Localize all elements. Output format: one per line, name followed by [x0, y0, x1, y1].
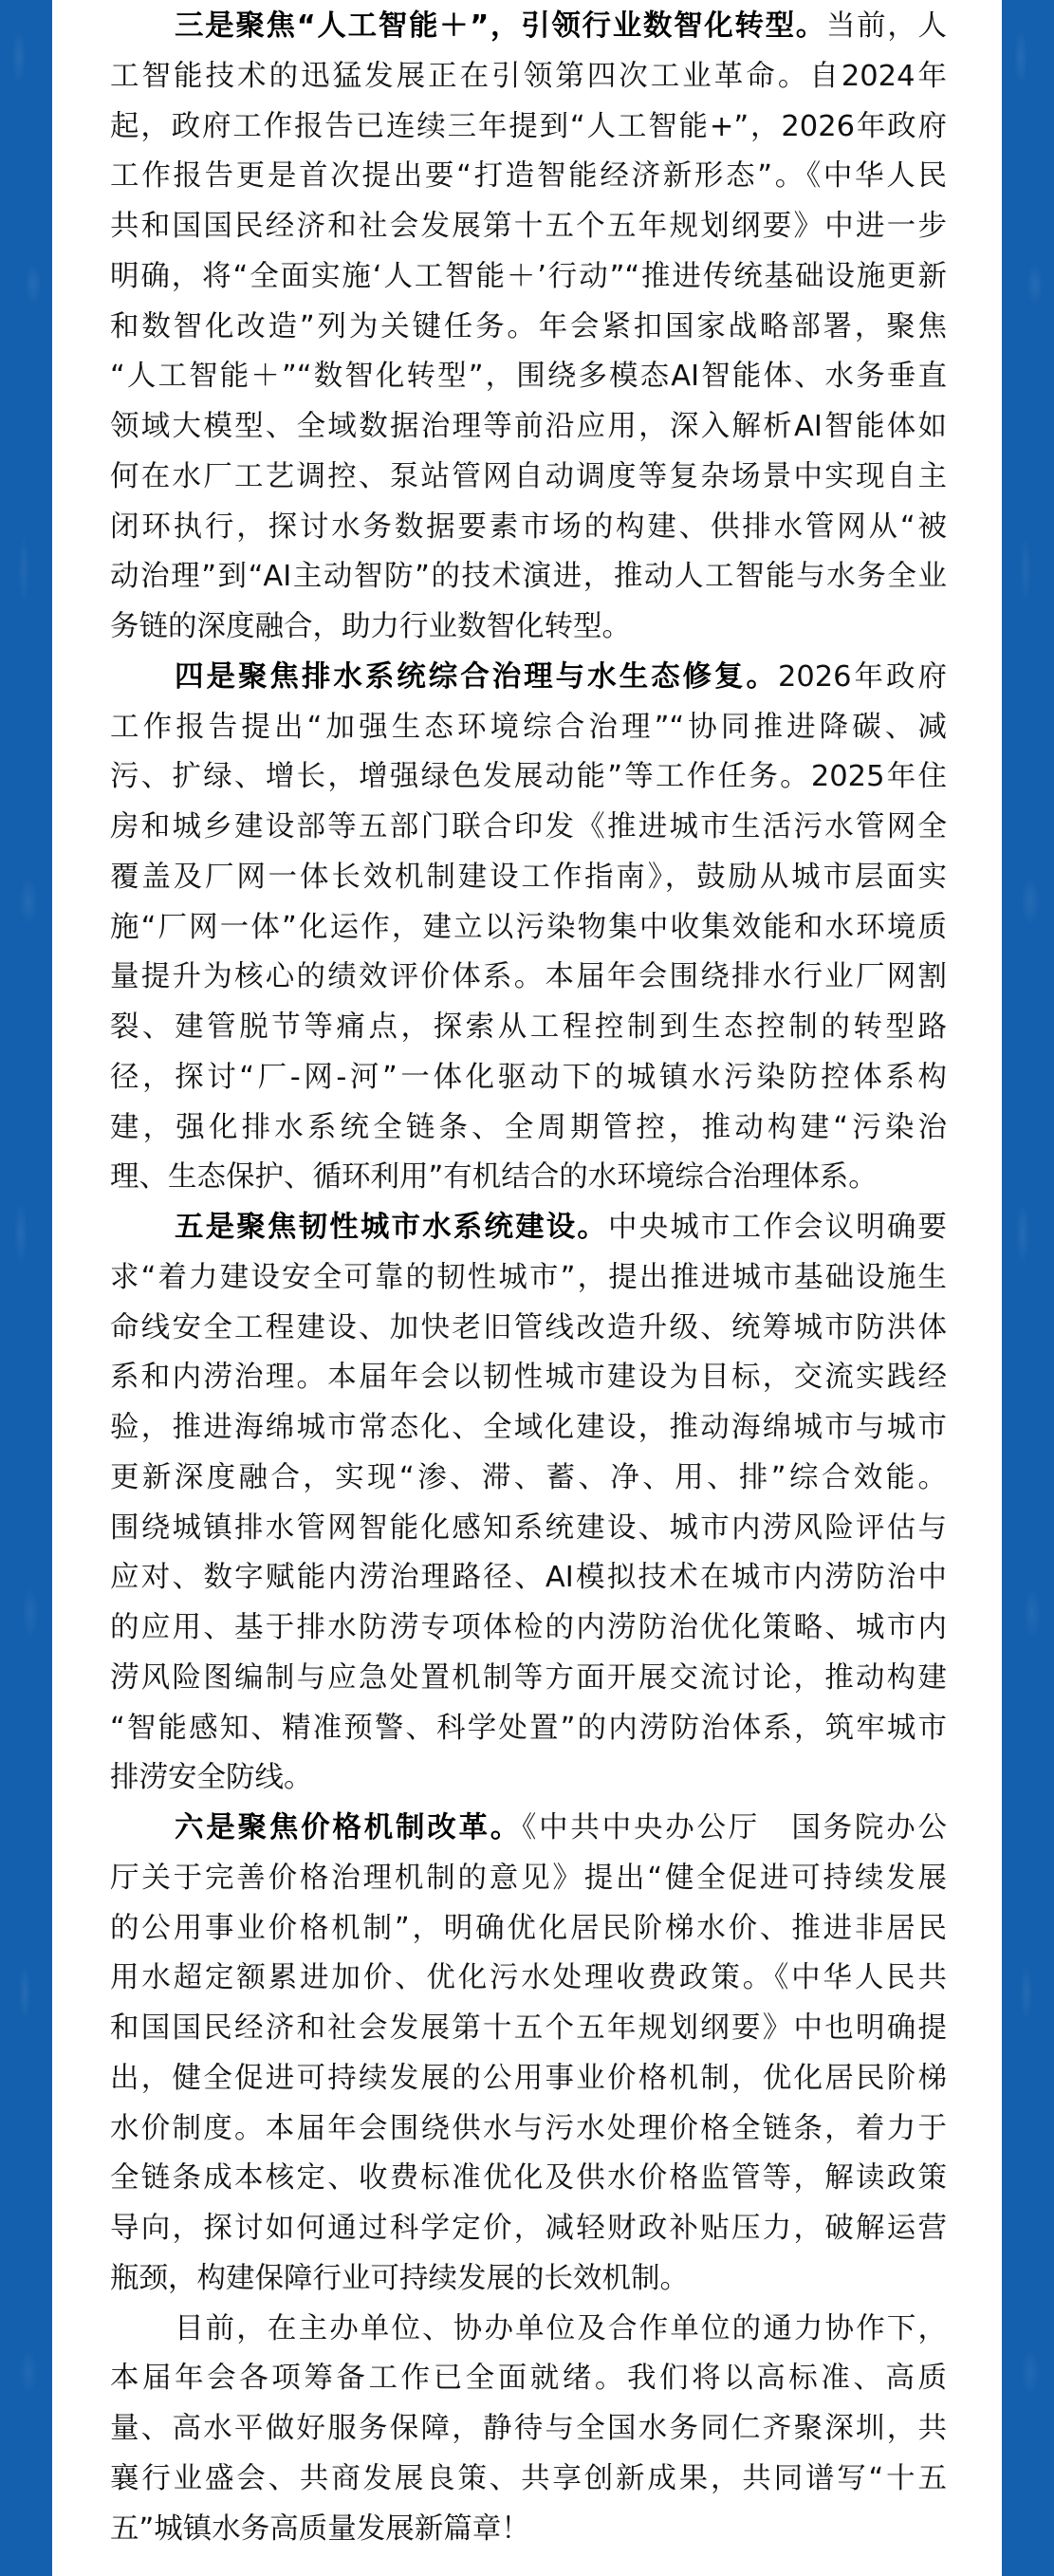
text-line: 应对、数字赋能内涝治理路径、AI模拟技术在城市内涝防治中	[110, 1559, 947, 1597]
text-line: 何在水厂工艺调控、泵站管网自动调度等复杂场景中实现自主	[110, 458, 947, 496]
text-line: 出，健全促进可持续发展的公用事业价格机制，优化居民阶梯	[110, 2060, 947, 2098]
text-line: 更新深度融合，实现“渗、滞、蓄、净、用、排”综合效能。	[110, 1459, 947, 1497]
text-line: “智能感知、精准预警、科学处置”的内涝防治体系，筑牢城市	[110, 1710, 947, 1748]
text-line: 水价制度。本届年会围绕供水与污水处理价格全链条，着力于	[110, 2110, 947, 2148]
text-line: 验，推进海绵城市常态化、全域化建设，推动海绵城市与城市	[110, 1409, 947, 1447]
text-line: 明确，将“全面实施‘人工智能＋’行动”“推进传统基础设施更新	[110, 258, 947, 296]
section-heading: 三是聚焦“人工智能＋”，引领行业数智化转型。	[175, 9, 826, 43]
text-line: 排涝安全防线。	[110, 1759, 947, 1797]
text-line: 厅关于完善价格治理机制的意见》提出“健全促进可持续发展	[110, 1860, 947, 1898]
text-line: 导向，探讨如何通过科学定价，减轻财政补贴压力，破解运营	[110, 2210, 947, 2248]
text-line: 工作报告更是首次提出要“打造智能经济新形态”。《中华人民	[110, 158, 947, 195]
text-line: 务链的深度融合，助力行业数智化转型。	[110, 608, 947, 646]
text-line: 污、扩绿、增长，增强绿色发展动能”等工作任务。2025年住	[110, 758, 947, 796]
text-line: 五”城镇水务高质量发展新篇章！	[110, 2511, 947, 2548]
text-line: 用水超定额累进加价、优化污水处理收费政策。《中华人民共	[110, 1959, 947, 1997]
text-line: 围绕城镇排水管网智能化感知系统建设、城市内涝风险评估与	[110, 1510, 947, 1547]
paragraph-first-line: 三是聚焦“人工智能＋”，引领行业数智化转型。当前，人	[175, 8, 947, 46]
right-decorative-border	[1002, 0, 1054, 2576]
text-line: 共和国国民经济和社会发展第十五个五年规划纲要》中进一步	[110, 208, 947, 246]
text-line: 闭环执行，探讨水务数据要素市场的构建、供排水管网从“被	[110, 509, 947, 547]
text-run: 2026年政府	[778, 660, 947, 694]
text-line: 涝风险图编制与应急处置机制等方面开展交流讨论，推动构建	[110, 1659, 947, 1697]
text-line: 襄行业盛会、共商发展良策、共享创新成果，共同谱写“十五	[110, 2460, 947, 2498]
text-line: 全链条成本核定、收费标准优化及供水价格监管等，解读政策	[110, 2159, 947, 2197]
text-line: 量、高水平做好服务保障，静待与全国水务同仁齐聚深圳，共	[110, 2410, 947, 2448]
text-line: 起，政府工作报告已连续三年提到“人工智能+”，2026年政府	[110, 108, 947, 146]
text-line: 施“厂网一体”化运作，建立以污染物集中收集效能和水环境质	[110, 909, 947, 947]
text-line: 命线安全工程建设、加快老旧管线改造升级、统筹城市防洪体	[110, 1309, 947, 1347]
paragraph-first-line: 四是聚焦排水系统综合治理与水生态修复。2026年政府	[175, 658, 947, 696]
section-heading: 四是聚焦排水系统综合治理与水生态修复。	[175, 660, 778, 694]
text-run: 当前，人	[826, 9, 947, 43]
text-line: “人工智能＋”“数智化转型”，围绕多模态AI智能体、水务垂直	[110, 358, 947, 396]
text-line: 瓶颈，构建保障行业可持续发展的长效机制。	[110, 2260, 947, 2298]
text-line: 的公用事业价格机制”，明确优化居民阶梯水价、推进非居民	[110, 1910, 947, 1948]
text-line: 建，强化排水系统全链条、全周期管控，推动构建“污染治	[110, 1109, 947, 1147]
text-line: 本届年会各项筹备工作已全面就绪。我们将以高标准、高质	[110, 2360, 947, 2398]
text-run: 《中共中央办公厅 国务院办公	[522, 1811, 947, 1844]
text-run: 中央城市工作会议明确要	[608, 1211, 947, 1244]
text-line: 房和城乡建设部等五部门联合印发《推进城市生活污水管网全	[110, 808, 947, 846]
text-line: 工智能技术的迅猛发展正在引领第四次工业革命。自2024年	[110, 58, 947, 96]
text-line: 量提升为核心的绩效评价体系。本届年会围绕排水行业厂网割	[110, 958, 947, 996]
article-panel: 三是聚焦“人工智能＋”，引领行业数智化转型。当前，人 工智能技术的迅猛发展正在引…	[52, 0, 1002, 2576]
text-line: 和国国民经济和社会发展第十五个五年规划纲要》中也明确提	[110, 2010, 947, 2048]
text-line: 动治理”到“AI主动智防”的技术演进，推动人工智能与水务全业	[110, 558, 947, 596]
text-line: 和数智化改造”列为关键任务。年会紧扣国家战略部署，聚焦	[110, 308, 947, 346]
section-heading: 六是聚焦价格机制改革。	[175, 1811, 522, 1844]
text-line: 的应用、基于排水防涝专项体检的内涝防治优化策略、城市内	[110, 1609, 947, 1647]
paragraph-first-line: 五是聚焦韧性城市水系统建设。中央城市工作会议明确要	[175, 1209, 947, 1247]
text-line: 径，探讨“厂-网-河”一体化驱动下的城镇水污染防控体系构	[110, 1059, 947, 1097]
left-decorative-border	[0, 0, 52, 2576]
text-line: 工作报告提出“加强生态环境综合治理”“协同推进降碳、减	[110, 709, 947, 747]
text-line: 领域大模型、全域数据治理等前沿应用，深入解析AI智能体如	[110, 408, 947, 446]
text-line: 裂、建管脱节等痛点，探索从工程控制到生态控制的转型路	[110, 1009, 947, 1047]
paragraph-first-line: 六是聚焦价格机制改革。《中共中央办公厅 国务院办公	[175, 1809, 947, 1847]
text-line: 覆盖及厂网一体长效机制建设工作指南》，鼓励从城市层面实	[110, 859, 947, 897]
text-line: 求“着力建设安全可靠的韧性城市”，提出推进城市基础设施生	[110, 1259, 947, 1297]
text-line: 系和内涝治理。本届年会以韧性城市建设为目标，交流实践经	[110, 1359, 947, 1397]
section-heading: 五是聚焦韧性城市水系统建设。	[175, 1211, 608, 1244]
text-line: 理、生态保护、循环利用”有机结合的水环境综合治理体系。	[110, 1158, 947, 1196]
text-run: 目前，在主办单位、协办单位及合作单位的通力协作下，	[175, 2312, 947, 2345]
paragraph-first-line: 目前，在主办单位、协办单位及合作单位的通力协作下，	[175, 2310, 947, 2348]
